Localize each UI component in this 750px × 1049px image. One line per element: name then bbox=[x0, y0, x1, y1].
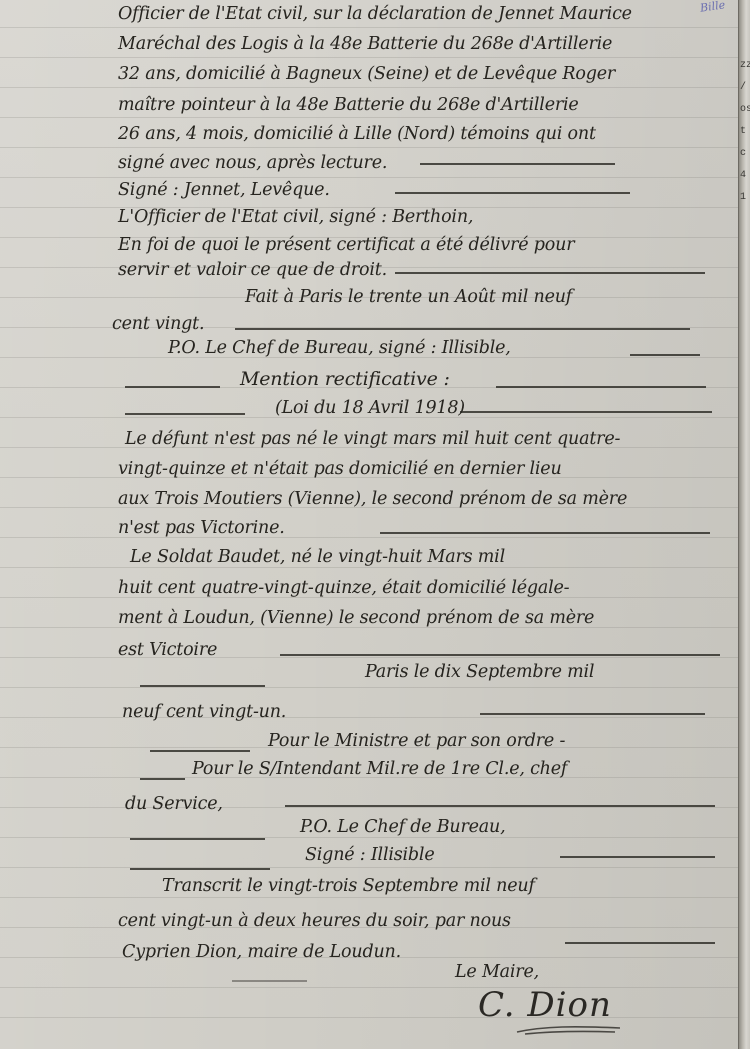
handwritten-line: P.O. Le Chef de Bureau, bbox=[300, 817, 505, 837]
fill-dash bbox=[235, 328, 690, 330]
fill-dash bbox=[420, 163, 615, 165]
handwritten-line: n'est pas Victorine. bbox=[118, 518, 285, 538]
fill-dash bbox=[380, 532, 710, 534]
fill-dash bbox=[125, 413, 245, 415]
handwritten-line: Le défunt n'est pas né le vingt mars mil… bbox=[125, 429, 620, 449]
fill-dash bbox=[125, 386, 220, 388]
fill-dash bbox=[630, 354, 700, 356]
fill-dash bbox=[140, 685, 265, 687]
fill-dash bbox=[395, 192, 630, 194]
leaf-fragment: c bbox=[740, 143, 750, 165]
section-heading: Mention rectificative : bbox=[240, 368, 450, 390]
fill-dash bbox=[496, 386, 706, 388]
fill-dash bbox=[560, 856, 715, 858]
fill-dash bbox=[395, 272, 705, 274]
handwritten-line: P.O. Le Chef de Bureau, signé : Illisibl… bbox=[168, 338, 511, 358]
handwritten-line: 26 ans, 4 mois, domicilié à Lille (Nord)… bbox=[118, 124, 596, 144]
handwritten-line: aux Trois Moutiers (Vienne), le second p… bbox=[118, 489, 627, 509]
handwritten-line: Transcrit le vingt-trois Septembre mil n… bbox=[162, 876, 535, 896]
fill-dash bbox=[140, 778, 185, 780]
handwritten-line: Pour le Ministre et par son ordre - bbox=[268, 731, 565, 751]
handwritten-line: neuf cent vingt-un. bbox=[122, 702, 286, 722]
mayor-title: Le Maire, bbox=[455, 962, 539, 982]
handwritten-line: vingt-quinze et n'était pas domicilié en… bbox=[118, 459, 562, 479]
handwritten-line: huit cent quatre-vingt-quinze, était dom… bbox=[118, 578, 569, 598]
handwritten-line: L'Officier de l'Etat civil, signé : Bert… bbox=[118, 207, 473, 227]
law-reference: (Loi du 18 Avril 1918) bbox=[275, 398, 465, 418]
leaf-fragment: os bbox=[740, 99, 750, 121]
fill-dash bbox=[285, 805, 715, 807]
handwritten-line: Signé : Illisible bbox=[305, 845, 434, 865]
handwritten-line: servir et valoir ce que de droit. bbox=[118, 260, 387, 280]
fill-dash bbox=[480, 713, 705, 715]
handwritten-line: Officier de l'Etat civil, sur la déclara… bbox=[118, 4, 632, 24]
handwritten-line: En foi de quoi le présent certificat a é… bbox=[118, 235, 574, 255]
handwritten-line: 32 ans, domicilié à Bagneux (Seine) et d… bbox=[118, 64, 615, 84]
leaf-fragment: t bbox=[740, 121, 750, 143]
fill-dash bbox=[460, 411, 712, 413]
leaf-fragment: 4 bbox=[740, 165, 750, 187]
leaf-fragment: / bbox=[740, 77, 750, 99]
handwritten-line: Maréchal des Logis à la 48e Batterie du … bbox=[118, 34, 612, 54]
leaf-fragment: zz bbox=[740, 55, 750, 77]
register-page: Bille Officier de l'Etat civil, sur la d… bbox=[0, 0, 738, 1049]
fill-dash bbox=[232, 980, 307, 982]
fill-dash bbox=[130, 838, 265, 840]
handwritten-line: cent vingt-un à deux heures du soir, par… bbox=[118, 911, 511, 931]
handwritten-line: du Service, bbox=[125, 794, 223, 814]
next-leaf-fragments: zz / os t c 4 1 bbox=[740, 55, 750, 209]
handwritten-line: signé avec nous, après lecture. bbox=[118, 153, 387, 173]
handwritten-line: Signé : Jennet, Levêque. bbox=[118, 180, 330, 200]
handwritten-line: cent vingt. bbox=[112, 314, 204, 334]
signature-flourish-icon bbox=[515, 1022, 625, 1036]
margin-annotation: Bille bbox=[699, 0, 726, 15]
leaf-fragment: 1 bbox=[740, 187, 750, 209]
handwritten-line: Cyprien Dion, maire de Loudun. bbox=[122, 942, 401, 962]
handwritten-line: Paris le dix Septembre mil bbox=[365, 662, 594, 682]
handwritten-line: Fait à Paris le trente un Août mil neuf bbox=[245, 287, 572, 307]
handwritten-line: est Victoire bbox=[118, 640, 217, 660]
fill-dash bbox=[130, 868, 270, 870]
fill-dash bbox=[565, 942, 715, 944]
fill-dash bbox=[280, 654, 720, 656]
mayor-signature: C. Dion bbox=[478, 985, 612, 1025]
fill-dash bbox=[150, 750, 250, 752]
handwritten-line: Pour le S/Intendant Mil.re de 1re Cl.e, … bbox=[192, 759, 567, 779]
handwritten-line: Le Soldat Baudet, né le vingt-huit Mars … bbox=[130, 547, 505, 567]
handwritten-line: maître pointeur à la 48e Batterie du 268… bbox=[118, 95, 579, 115]
handwritten-line: ment à Loudun, (Vienne) le second prénom… bbox=[118, 608, 594, 628]
